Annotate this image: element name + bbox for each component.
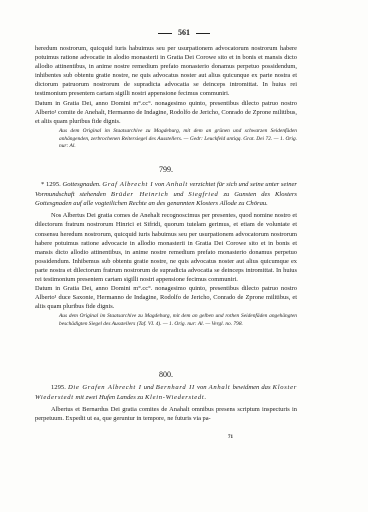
source-note: Aus dem Original im Staatsarchive zu Mag… <box>59 128 297 151</box>
regest-name: Die Grafen Albrecht I <box>68 384 142 391</box>
regest-name: Brüder Heinrich <box>111 191 169 198</box>
page-number: 561 <box>0 28 368 37</box>
paragraph: Datum in Gratia Dei, anno Domini m°.cc°.… <box>35 99 297 126</box>
regest-name: Anhalt <box>166 181 188 188</box>
regest: 1295. Die Grafen Albrecht I und Bernhard… <box>35 383 297 402</box>
regest-text: und <box>144 384 154 391</box>
document-number: 800. <box>35 370 297 379</box>
page-number-text: 561 <box>178 28 190 37</box>
regest-name: Siegfried <box>188 191 218 198</box>
paragraph: Nos Albertus Dei gratia comes de Anehalt… <box>35 211 297 284</box>
block-continuation: heredum nostrorum, quicquid iuris habuim… <box>35 44 297 151</box>
paragraph: Albertus et Bernardus Dei gratia comites… <box>35 405 297 423</box>
regest-year: * 1295. <box>41 181 61 188</box>
paragraph: Datum in Gratia Dei, anno Domini m°.cc°.… <box>35 284 297 311</box>
regest: * 1295. Gottesgnaden. Graf Albrecht I vo… <box>35 180 297 208</box>
regest-text: von <box>197 384 207 391</box>
regest-text: mit zwei Hufen Landes zu <box>76 394 144 401</box>
regest-year: 1295. <box>51 384 66 391</box>
regest-name: Klein-Wiederstedt. <box>145 394 207 401</box>
document-799: 799. * 1295. Gottesgnaden. Graf Albrecht… <box>35 165 297 329</box>
regest-place: Gottesgnaden. <box>62 181 100 188</box>
dash-left <box>158 33 172 34</box>
regest-name: Anhalt <box>209 384 231 391</box>
signature-mark: 71 <box>228 435 233 440</box>
source-note: Aus dem Original im Staatsarchive zu Mag… <box>59 313 297 329</box>
regest-text: bewidmen das <box>233 384 271 391</box>
document-number: 799. <box>35 165 297 174</box>
regest-text: und <box>173 191 183 198</box>
dash-right <box>196 33 210 34</box>
regest-name: Graf Albrecht I <box>102 181 153 188</box>
regest-name: Bernhard II <box>156 384 195 391</box>
regest-text: von <box>155 181 165 188</box>
document-800: 800. 1295. Die Grafen Albrecht I und Ber… <box>35 370 297 423</box>
paragraph: heredum nostrorum, quicquid iuris habuim… <box>35 44 297 99</box>
